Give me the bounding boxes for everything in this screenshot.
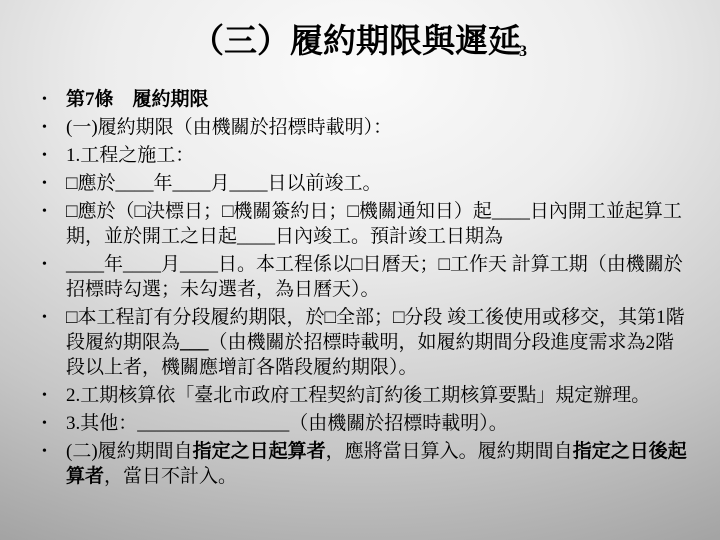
text-segment: ，應將當日算入。履約期間自 bbox=[326, 441, 573, 462]
bullet-item: •(一)履約期限（由機關於招標時載明）： bbox=[38, 115, 692, 140]
bullet-item: •□應於____年____月____日以前竣工。 bbox=[38, 171, 692, 196]
bullet-item: •第7條 履約期限 bbox=[38, 87, 692, 112]
bullet-text: 1.工程之施工： bbox=[66, 143, 692, 168]
bullet-item: •2.工期核算依「臺北市政府工程契約訂約後工期核算要點」規定辦理。 bbox=[38, 383, 692, 408]
text-segment: 3.其他：________________（由機關於招標時載明）。 bbox=[66, 413, 508, 434]
text-segment: □應於____年____月____日以前竣工。 bbox=[66, 173, 381, 194]
slide-title: （三）履約期限與遲延3 bbox=[0, 0, 720, 63]
bullet-item: •□應於（□決標日；□機關簽約日；□機關通知日）起____日內開工並起算工期，並… bbox=[38, 199, 692, 249]
bullet-marker-icon: • bbox=[38, 115, 66, 140]
bullet-marker-icon: • bbox=[38, 411, 66, 436]
bullet-text: (二)履約期間自指定之日起算者，應將當日算入。履約期間自指定之日後起算者，當日不… bbox=[66, 439, 692, 489]
bullet-item: •3.其他：________________（由機關於招標時載明）。 bbox=[38, 411, 692, 436]
text-segment: (一)履約期限（由機關於招標時載明）： bbox=[66, 117, 392, 138]
bullet-list: •第7條 履約期限•(一)履約期限（由機關於招標時載明）：•1.工程之施工：•□… bbox=[0, 87, 720, 489]
text-segment: ____年____月____日。本工程係以□日曆天；□工作天 計算工期（由機關於… bbox=[66, 254, 683, 300]
bullet-marker-icon: • bbox=[38, 252, 66, 277]
bullet-marker-icon: • bbox=[38, 305, 66, 330]
text-segment: 1.工程之施工： bbox=[66, 145, 194, 166]
bullet-item: •1.工程之施工： bbox=[38, 143, 692, 168]
bullet-marker-icon: • bbox=[38, 143, 66, 168]
slide-title-text: （三）履約期限與遲延 bbox=[191, 24, 521, 60]
bullet-marker-icon: • bbox=[38, 439, 66, 464]
text-segment: ，當日不計入。 bbox=[104, 466, 237, 487]
presentation-slide: （三）履約期限與遲延3 •第7條 履約期限•(一)履約期限（由機關於招標時載明）… bbox=[0, 0, 720, 540]
text-segment: ___ bbox=[180, 332, 209, 353]
bullet-text: (一)履約期限（由機關於招標時載明）： bbox=[66, 115, 692, 140]
bullet-text: □應於（□決標日；□機關簽約日；□機關通知日）起____日內開工並起算工期，並於… bbox=[66, 199, 692, 249]
text-segment: 第7條 履約期限 bbox=[66, 89, 209, 110]
bullet-marker-icon: • bbox=[38, 383, 66, 408]
text-segment: 指定之日起算者 bbox=[193, 441, 326, 462]
bullet-text: 2.工期核算依「臺北市政府工程契約訂約後工期核算要點」規定辦理。 bbox=[66, 383, 692, 408]
bullet-marker-icon: • bbox=[38, 171, 66, 196]
slide-title-subscript: 3 bbox=[519, 43, 527, 60]
text-segment: 2.工期核算依「臺北市政府工程契約訂約後工期核算要點」規定辦理。 bbox=[66, 385, 650, 406]
text-segment: (二)履約期間自 bbox=[66, 441, 193, 462]
bullet-item: •(二)履約期間自指定之日起算者，應將當日算入。履約期間自指定之日後起算者，當日… bbox=[38, 439, 692, 489]
bullet-item: •□本工程訂有分段履約期限，於□全部；□分段 竣工後使用或移交，其第1階段履約期… bbox=[38, 305, 692, 380]
bullet-text: 第7條 履約期限 bbox=[66, 87, 692, 112]
text-segment: □應於（□決標日；□機關簽約日；□機關通知日）起____日內開工並起算工期，並於… bbox=[66, 201, 682, 247]
bullet-marker-icon: • bbox=[38, 199, 66, 224]
bullet-marker-icon: • bbox=[38, 87, 66, 112]
bullet-text: □應於____年____月____日以前竣工。 bbox=[66, 171, 692, 196]
bullet-text: □本工程訂有分段履約期限，於□全部；□分段 竣工後使用或移交，其第1階段履約期限… bbox=[66, 305, 692, 380]
bullet-text: 3.其他：________________（由機關於招標時載明）。 bbox=[66, 411, 692, 436]
bullet-item: •____年____月____日。本工程係以□日曆天；□工作天 計算工期（由機關… bbox=[38, 252, 692, 302]
bullet-text: ____年____月____日。本工程係以□日曆天；□工作天 計算工期（由機關於… bbox=[66, 252, 692, 302]
